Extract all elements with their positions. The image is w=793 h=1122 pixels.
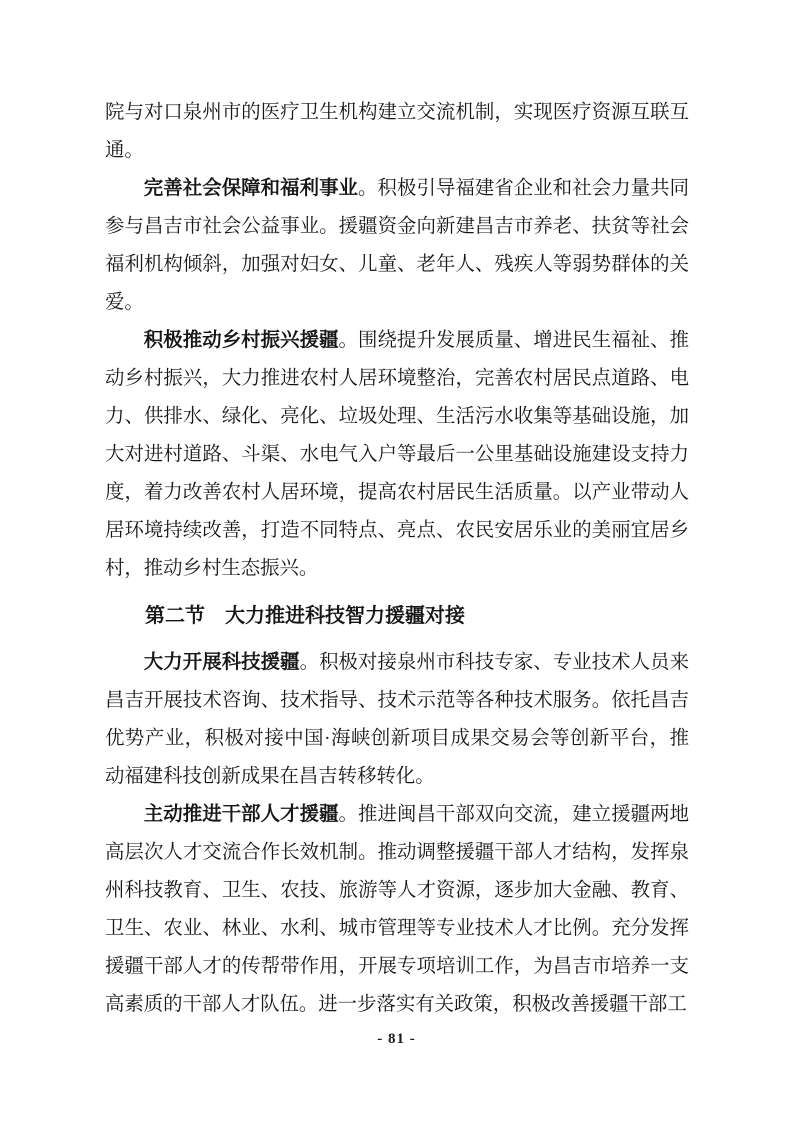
paragraph-text: 。推进闽昌干部双向交流，建立援疆两地高层次人才交流合作长效机制。推动调整援疆干部… (105, 804, 689, 1015)
paragraph-lead-bold: 完善社会保障和福利事业 (144, 178, 358, 199)
page-number: - 81 - (0, 1031, 793, 1048)
paragraph-lead-bold: 积极推动乡村振兴援疆 (144, 330, 339, 351)
paragraph-science-tech-aid: 大力开展科技援疆。积极对接泉州市科技专家、专业技术人员来昌吉开展技术咨询、技术指… (105, 644, 689, 796)
document-page: 院与对口泉州市的医疗卫生机构建立交流机制，实现医疗资源互联互通。 完善社会保障和… (0, 0, 793, 1122)
paragraph-cadre-talent-aid: 主动推进干部人才援疆。推进闽昌干部双向交流，建立援疆两地高层次人才交流合作长效机… (105, 796, 689, 1024)
paragraph-continuation: 院与对口泉州市的医疗卫生机构建立交流机制，实现医疗资源互联互通。 (105, 94, 689, 170)
paragraph-lead-bold: 主动推进干部人才援疆 (144, 804, 339, 825)
paragraph-rural-revitalization: 积极推动乡村振兴援疆。围绕提升发展质量、增进民生福祉、推动乡村振兴，大力推进农村… (105, 322, 689, 588)
section-heading: 第二节 大力推进科技智力援疆对接 (105, 597, 689, 635)
paragraph-lead-bold: 大力开展科技援疆 (144, 652, 300, 673)
paragraph-social-welfare: 完善社会保障和福利事业。积极引导福建省企业和社会力量共同参与昌吉市社会公益事业。… (105, 170, 689, 322)
page-body: 院与对口泉州市的医疗卫生机构建立交流机制，实现医疗资源互联互通。 完善社会保障和… (105, 94, 689, 1024)
paragraph-text: 。围绕提升发展质量、增进民生福祉、推动乡村振兴，大力推进农村人居环境整治，完善农… (105, 330, 689, 579)
paragraph-text: 院与对口泉州市的医疗卫生机构建立交流机制，实现医疗资源互联互通。 (105, 102, 689, 161)
